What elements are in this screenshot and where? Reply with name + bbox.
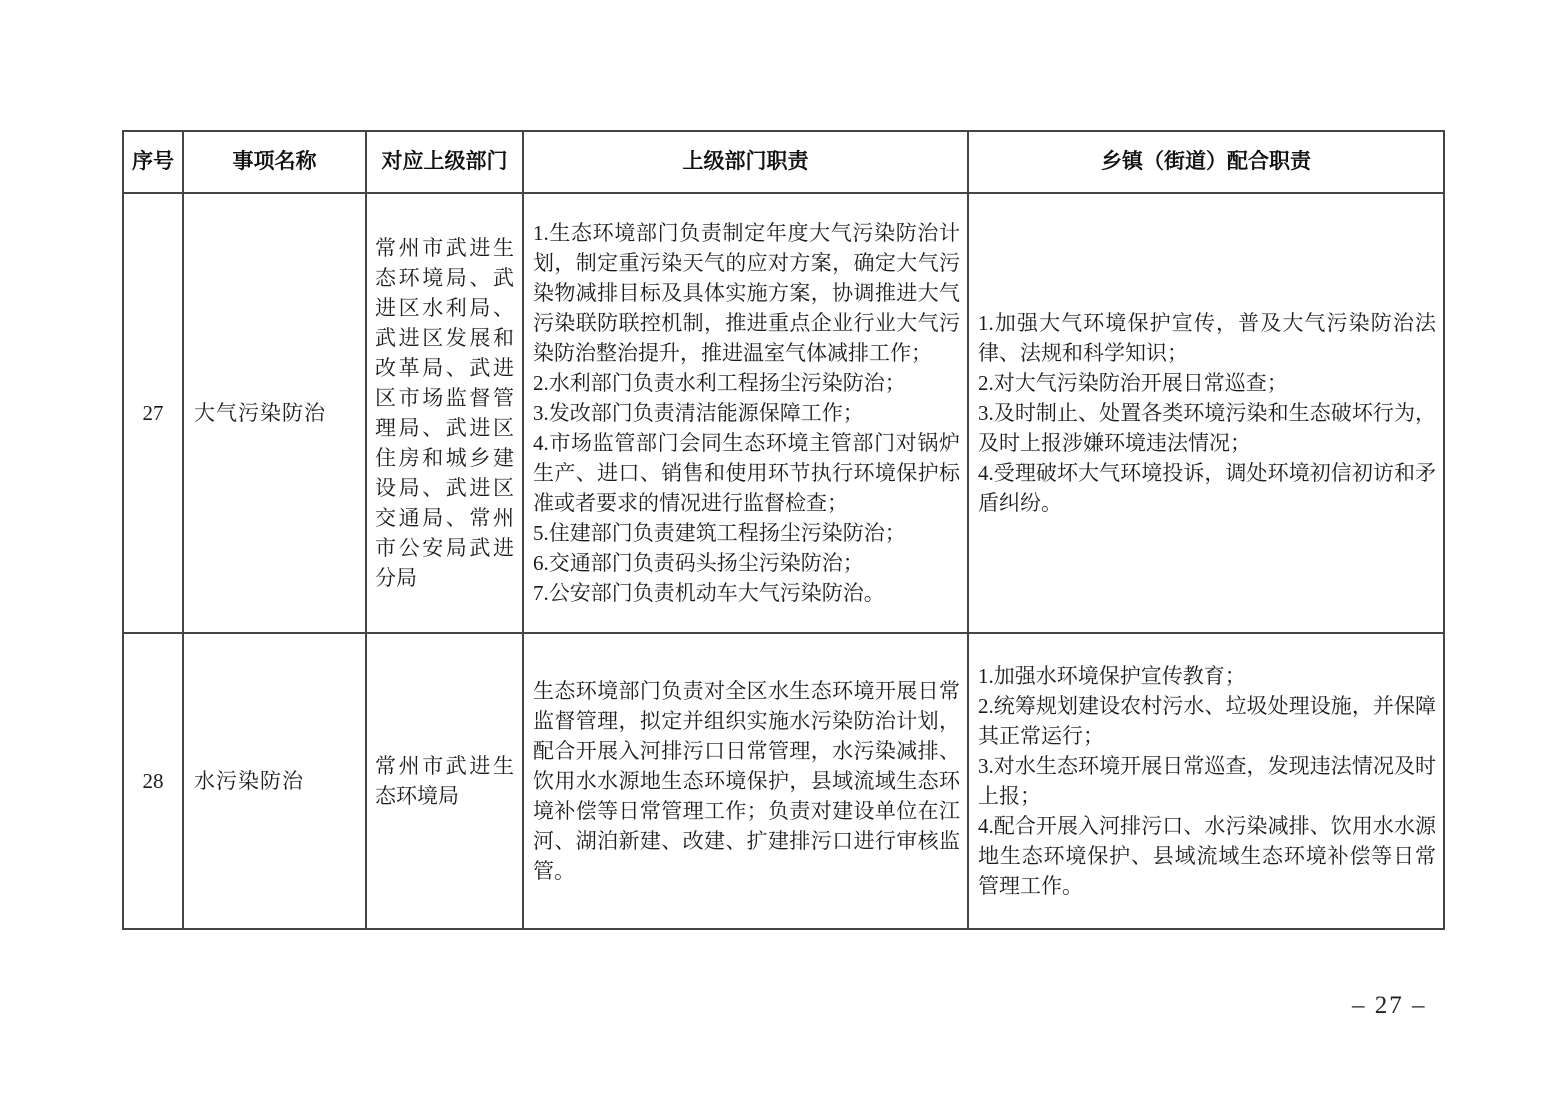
col-header-superior-duties: 上级部门职责	[523, 131, 968, 193]
cell-superior-department: 常州市武进生态环境局、武进区水利局、武进区发展和改革局、武进区市场监督管理局、武…	[366, 193, 523, 633]
cell-index: 28	[123, 633, 183, 929]
cell-township-duties: 1.加强大气环境保护宣传，普及大气污染防治法律、法规和科学知识； 2.对大气污染…	[968, 193, 1444, 633]
cell-superior-department: 常州市武进生态环境局	[366, 633, 523, 929]
col-header-superior-department: 对应上级部门	[366, 131, 523, 193]
responsibility-table: 序号 事项名称 对应上级部门 上级部门职责 乡镇（街道）配合职责 27 大气污染…	[122, 130, 1445, 930]
cell-superior-duties: 1.生态环境部门负责制定年度大气污染防治计划，制定重污染天气的应对方案，确定大气…	[523, 193, 968, 633]
cell-item-name: 水污染防治	[183, 633, 366, 929]
page-number: – 27 –	[1352, 992, 1427, 1020]
table-row: 27 大气污染防治 常州市武进生态环境局、武进区水利局、武进区发展和改革局、武进…	[123, 193, 1444, 633]
table-header-row: 序号 事项名称 对应上级部门 上级部门职责 乡镇（街道）配合职责	[123, 131, 1444, 193]
col-header-township-duties: 乡镇（街道）配合职责	[968, 131, 1444, 193]
cell-item-name: 大气污染防治	[183, 193, 366, 633]
table-row: 28 水污染防治 常州市武进生态环境局 生态环境部门负责对全区水生态环境开展日常…	[123, 633, 1444, 929]
cell-superior-duties: 生态环境部门负责对全区水生态环境开展日常监督管理，拟定并组织实施水污染防治计划，…	[523, 633, 968, 929]
col-header-item-name: 事项名称	[183, 131, 366, 193]
document-page: 序号 事项名称 对应上级部门 上级部门职责 乡镇（街道）配合职责 27 大气污染…	[0, 0, 1559, 1102]
cell-index: 27	[123, 193, 183, 633]
cell-township-duties: 1.加强水环境保护宣传教育； 2.统筹规划建设农村污水、垃圾处理设施，并保障其正…	[968, 633, 1444, 929]
col-header-index: 序号	[123, 131, 183, 193]
